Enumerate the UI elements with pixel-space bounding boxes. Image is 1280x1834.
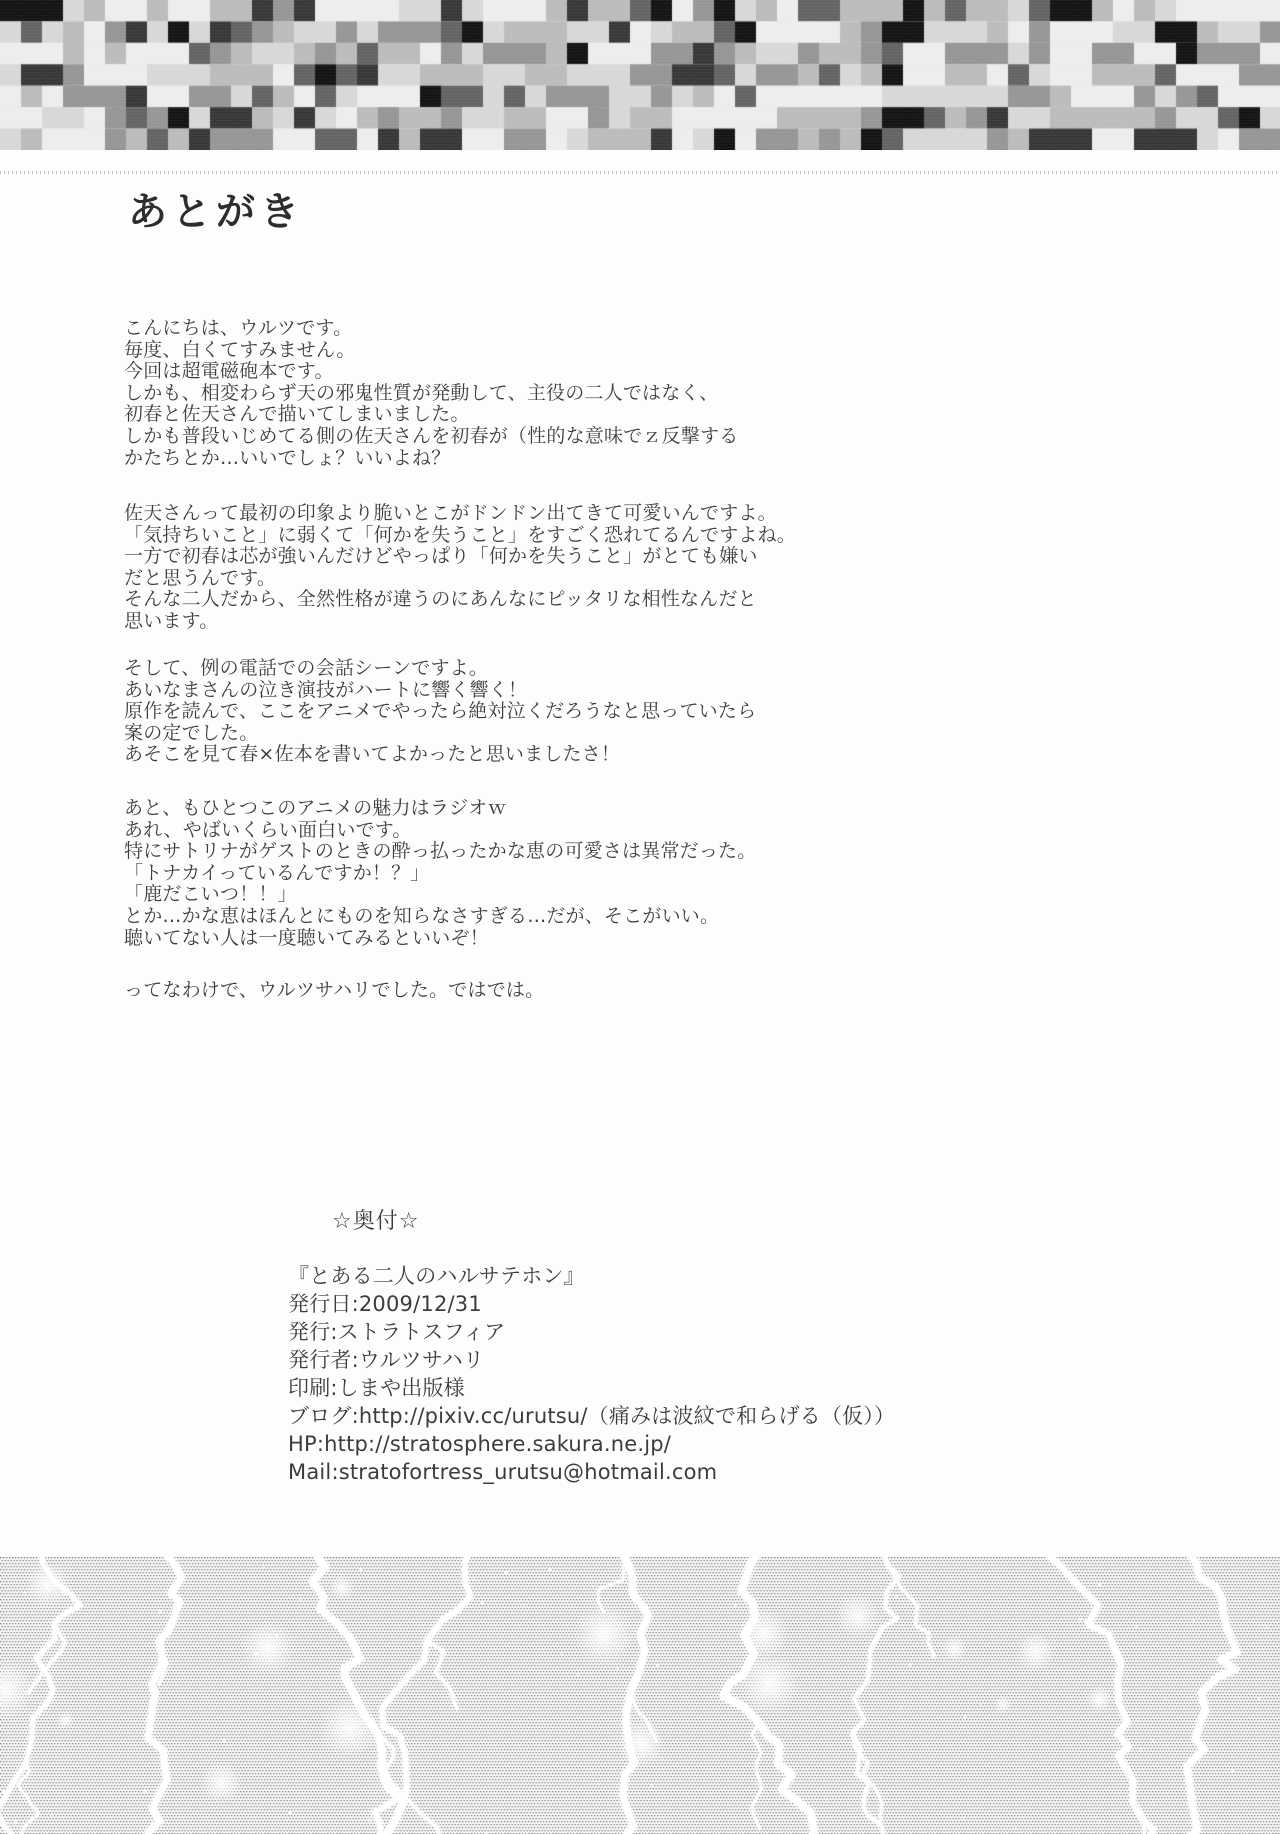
text-line: 今回は超電磁砲本です。 xyxy=(124,361,738,383)
colophon-line: 印刷:しまや出版様 xyxy=(288,1374,895,1402)
colophon-line: 発行日:2009/12/31 xyxy=(288,1290,895,1318)
text-line: 初春と佐天さんで描いてしまいました。 xyxy=(124,404,738,426)
paragraph: 佐天さんって最初の印象より脆いとこがドンドン出てきて可愛いんですよ。「気持ちいこ… xyxy=(124,503,796,633)
paragraph: ってなわけで、ウルツサハリでした。ではでは。 xyxy=(124,980,544,1002)
text-line: こんにちは、ウルツです。 xyxy=(124,318,738,340)
page-title: あとがき xyxy=(128,181,304,237)
text-line: しかも、相変わらず天の邪鬼性質が発動して、主役の二人ではなく、 xyxy=(124,383,738,405)
paragraph: こんにちは、ウルツです。毎度、白くてすみません。今回は超電磁砲本です。しかも、相… xyxy=(124,318,738,469)
text-line: 一方で初春は芯が強いんだけどやっぱり「何かを失うこと」がとても嫌い xyxy=(124,546,796,568)
text-line: そして、例の電話での会話シーンですよ。 xyxy=(124,658,756,680)
colophon-line: ブログ:http://pixiv.cc/urutsu/（痛みは波紋で和らげる（仮… xyxy=(288,1402,895,1430)
text-line: あいなまさんの泣き演技がハートに響く響く！ xyxy=(124,680,756,702)
text-line: かたちとか…いいでしょ？いいよね？ xyxy=(124,448,738,470)
text-line: 佐天さんって最初の印象より脆いとこがドンドン出てきて可愛いんですよ。 xyxy=(124,503,796,525)
text-line: 「鹿だこいつ！！」 xyxy=(124,884,756,906)
paragraph: あと、もひとつこのアニメの魅力はラジオｗあれ、やばいくらい面白いです。特にサトリ… xyxy=(124,798,756,949)
text-line: あれ、やばいくらい面白いです。 xyxy=(124,820,756,842)
text-line: あそこを見て春×佐本を書いてよかったと思いましたさ！ xyxy=(124,744,756,766)
lightning-footer-decoration xyxy=(0,1557,1280,1834)
colophon-line: 発行:ストラトスフィア xyxy=(288,1318,895,1346)
dotted-separator xyxy=(0,171,1280,174)
colophon-line: 『とある二人のハルサテホン』 xyxy=(288,1262,895,1290)
text-line: とか…かな恵はほんとにものを知らなさすぎる…だが、そこがいい。 xyxy=(124,906,756,928)
text-line: だと思うんです。 xyxy=(124,568,796,590)
text-line: 特にサトリナがゲストのときの酔っ払ったかな恵の可愛さは異常だった。 xyxy=(124,841,756,863)
colophon: 『とある二人のハルサテホン』発行日:2009/12/31発行:ストラトスフィア発… xyxy=(288,1262,895,1486)
text-line: 聴いてない人は一度聴いてみるといいぞ！ xyxy=(124,928,756,950)
colophon-line: Mail:stratofortress_urutsu@hotmail.com xyxy=(288,1458,895,1486)
text-line: 思います。 xyxy=(124,611,796,633)
text-line: 原作を読んで、ここをアニメでやったら絶対泣くだろうなと思っていたら xyxy=(124,701,756,723)
colophon-line: HP:http://stratosphere.sakura.ne.jp/ xyxy=(288,1430,895,1458)
text-line: 毎度、白くてすみません。 xyxy=(124,340,738,362)
mosaic-header-decoration xyxy=(0,0,1280,150)
text-line: 「気持ちいこと」に弱くて「何かを失うこと」をすごく恐れてるんですよね。 xyxy=(124,525,796,547)
text-line: 「トナカイっているんですか！？」 xyxy=(124,863,756,885)
text-line: しかも普段いじめてる側の佐天さんを初春が（性的な意味でｚ反撃する xyxy=(124,426,738,448)
text-line: あと、もひとつこのアニメの魅力はラジオｗ xyxy=(124,798,756,820)
colophon-line: 発行者:ウルツサハリ xyxy=(288,1346,895,1374)
text-line: そんな二人だから、全然性格が違うのにあんなにピッタリな相性なんだと xyxy=(124,589,796,611)
text-line: ってなわけで、ウルツサハリでした。ではでは。 xyxy=(124,980,544,1002)
paragraph: そして、例の電話での会話シーンですよ。あいなまさんの泣き演技がハートに響く響く！… xyxy=(124,658,756,766)
text-line: 案の定でした。 xyxy=(124,723,756,745)
colophon-heading: ☆奥付☆ xyxy=(332,1204,419,1235)
